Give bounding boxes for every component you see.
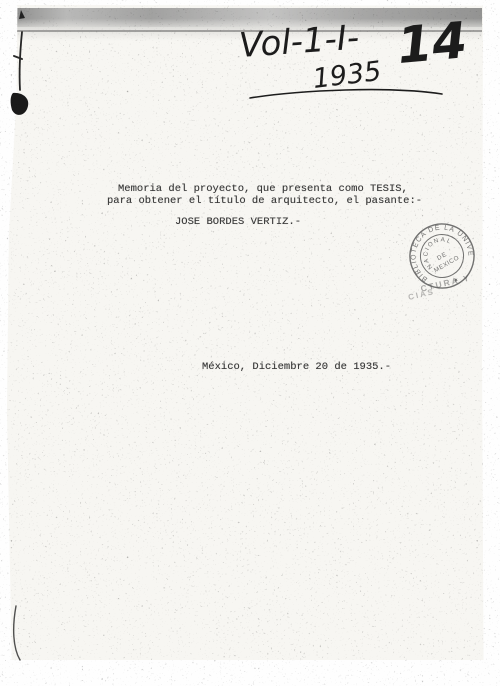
scan-edge-band xyxy=(10,8,482,27)
title-line-1: Memoria del proyecto, que presenta como … xyxy=(118,183,408,195)
scan-edge-line xyxy=(8,30,482,32)
paper-sheet xyxy=(6,5,484,660)
scanned-document-page: Vol-1-I- 14 1935 Memoria del proyecto, q… xyxy=(0,0,500,686)
title-line-2: para obtener el título de arquitecto, el… xyxy=(107,195,422,207)
date-line: México, Diciembre 20 de 1935.- xyxy=(202,361,391,373)
author-line: JOSE BORDES VERTIZ.- xyxy=(175,216,301,228)
